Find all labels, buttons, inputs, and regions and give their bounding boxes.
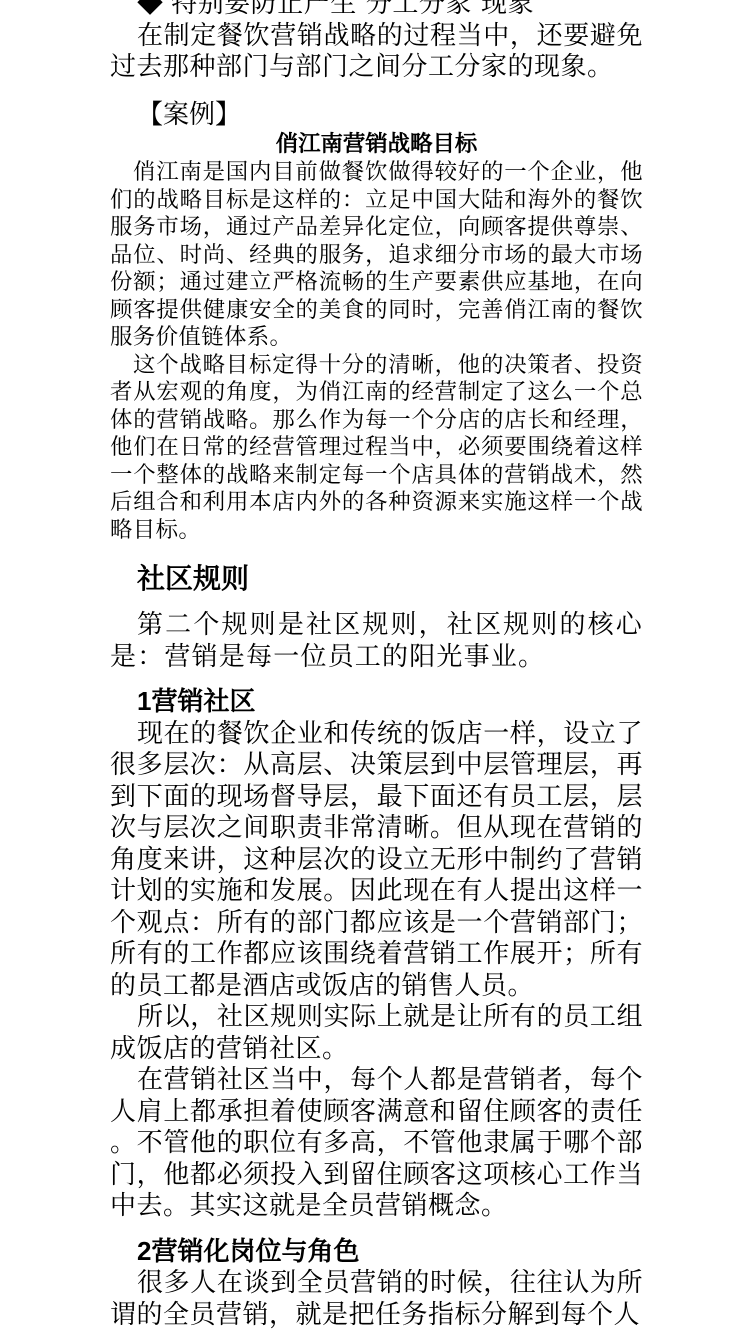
body-paragraph: 所以，社区规则实际上就是让所有的员工组成饭店的营销社区。	[110, 1001, 643, 1064]
case-study-label: 【案例】	[110, 99, 643, 131]
intro-paragraph: 在制定餐饮营销战略的过程当中，还要避免过去那种部门与部门之间分工分家的现象。	[110, 20, 643, 83]
subsection-heading-marketing-community: 1营销社区	[110, 686, 643, 718]
body-paragraph: 现在的餐饮企业和传统的饭店一样，设立了很多层次：从高层、决策层到中层管理层，再到…	[110, 718, 643, 1002]
body-paragraph: 很多人在谈到全员营销的时候，往往认为所谓的全员营销，就是把任务指标分解到每个人	[110, 1267, 643, 1330]
section-heading: 社区规则	[110, 561, 643, 597]
intro-bullet-line: ◆ 特别要防止产生“分工分家”现象	[110, 0, 643, 20]
page-content: ◆ 特别要防止产生“分工分家”现象 在制定餐饮营销战略的过程当中，还要避免过去那…	[0, 0, 750, 1330]
ebook-page: ◆ 特别要防止产生“分工分家”现象 在制定餐饮营销战略的过程当中，还要避免过去那…	[0, 0, 750, 1334]
case-study-title: 俏江南营销战略目标	[110, 130, 643, 158]
case-study-paragraph: 这个战略目标定得十分的清晰，他的决策者、投资者从宏观的角度，为俏江南的经营制定了…	[110, 351, 643, 544]
body-paragraph: 在营销社区当中，每个人都是营销者，每个人肩上都承担着使顾客满意和留住顾客的责任。…	[110, 1064, 643, 1222]
subsection-heading-marketing-roles: 2营销化岗位与角色	[110, 1236, 643, 1268]
case-study-paragraph: 俏江南是国内目前做餐饮做得较好的一个企业，他们的战略目标是这样的：立足中国大陆和…	[110, 158, 643, 351]
section-lead-paragraph: 第二个规则是社区规则，社区规则的核心是：营销是每一位员工的阳光事业。	[110, 609, 643, 672]
